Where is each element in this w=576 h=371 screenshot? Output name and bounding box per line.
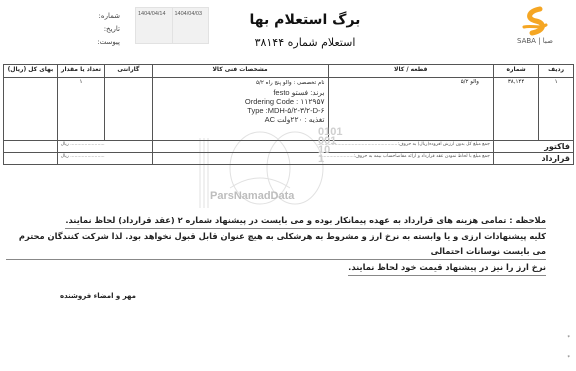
watermark-digits: 0101001101 [318,128,338,164]
watermark-text: ParsNamadData [210,190,294,202]
cell-specs: نام تخصصی : والو پنج راه ۵/۲ برند: فستو … [152,78,328,141]
date-label: تاریخ: [60,23,120,36]
invoice-label: فاکتور [493,141,573,153]
bullet-2: * [568,355,571,361]
number-label: شماره: [60,10,120,23]
cell-number: ۳۸,۱۴۴ [493,78,538,141]
bullet-1: * [568,335,571,341]
invoice-amount [4,141,58,153]
cell-warranty [105,78,152,141]
date-box: 1404/04/14 1404/04/03 [135,7,209,44]
contract-footer-row: قرارداد جمع مبلغ با لحاظ نمودن عقد قرارد… [4,153,574,165]
contract-currency: ........................ ریال [57,153,152,165]
date-2: 1404/04/03 [172,8,209,43]
spec-type: Type :MDH-۵/۲-۳/۲-D-۶ [156,106,325,115]
spec-power: تغذیه : ۲۲۰ولت AC [156,115,325,124]
contract-label: قرارداد [493,153,573,165]
invoice-footer-row: فاکتور جمع مبلغ کل بدون ارزش افزوده(ریال… [4,141,574,153]
contract-amount [4,153,58,165]
date-1: 1404/04/14 [136,8,172,43]
note-2: کلیه پیشنهادات ارزی و یا وابسته به نرخ ا… [6,229,546,260]
spec-name: نام تخصصی : والو پنج راه ۵/۲ [156,79,325,88]
spec-brand: برند: فستو festo [156,88,325,97]
col-quantity: تعداد یا مقدار [57,65,104,78]
seller-signature-label: مهر و امضاء فروشنده [60,292,136,300]
col-row: ردیف [539,65,574,78]
col-specs: مشخصات فنی کالا [152,65,328,78]
notes-section: ملاحظه : تمامی هزینه های قرارداد به عهده… [6,213,546,276]
attachment-label: پیوست: [60,36,120,49]
cell-item: والو ۵/۲ [328,78,493,141]
note-1: ملاحظه : تمامی هزینه های قرارداد به عهده… [65,213,546,229]
inquiry-number: استعلام شماره ۳۸۱۴۴ [225,36,385,49]
col-warranty: گارانتی [105,65,152,78]
inquiry-table: ردیف شماره قطعه / کالا مشخصات فنی کالا گ… [3,64,574,165]
page-title: برگ استعلام بها [230,12,380,28]
document-meta-labels: شماره: تاریخ: پیوست: [60,10,120,49]
table-row: ۱ ۳۸,۱۴۴ والو ۵/۲ نام تخصصی : والو پنج ر… [4,78,574,141]
col-total: بهای کل (ریال) [4,65,58,78]
col-number: شماره [493,65,538,78]
note-3: نرخ ارز را نیز در پیشنهاد قیمت خود لحاظ … [348,260,546,276]
cell-total [4,78,58,141]
table-header-row: ردیف شماره قطعه / کالا مشخصات فنی کالا گ… [4,65,574,78]
cell-quantity: ۱ [57,78,104,141]
invoice-currency: ........................ ریال [57,141,152,153]
logo-text: SABA | صبا [505,38,565,45]
cell-row: ۱ [539,78,574,141]
saba-logo-icon [510,5,560,55]
col-item: قطعه / کالا [328,65,493,78]
spec-ordering-code: Ordering Code : ۱۱۲۹۵۷ [156,97,325,106]
